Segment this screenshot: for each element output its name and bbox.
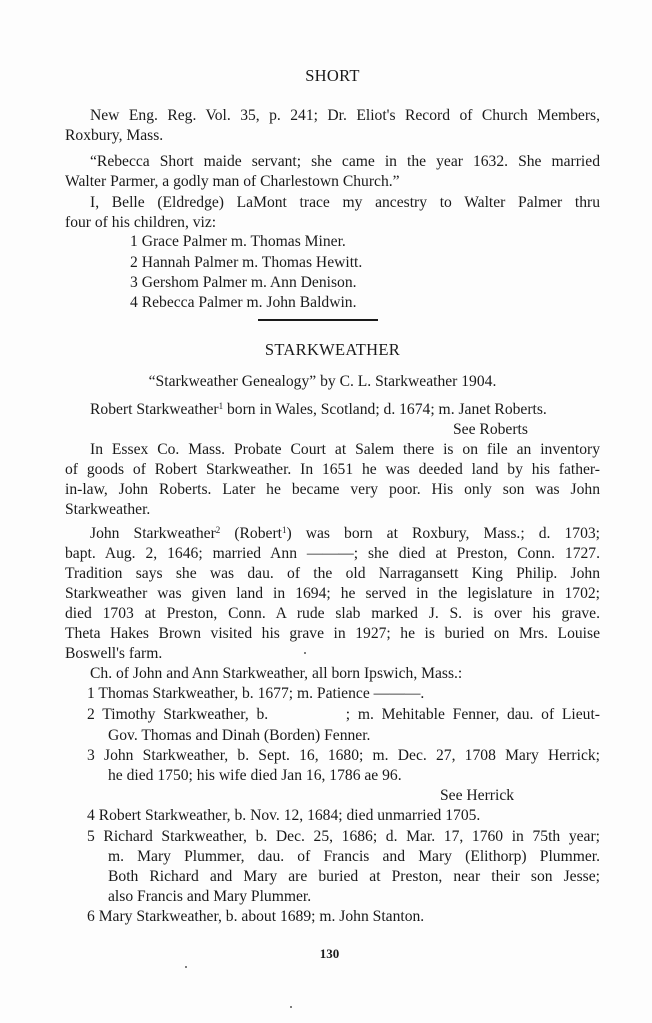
robert-name: Robert Starkweather bbox=[90, 401, 219, 418]
essex-line: In Essex Co. Mass. Probate Court at Sale… bbox=[65, 440, 600, 461]
john-line: Theta Hakes Brown visited his grave in 1… bbox=[65, 624, 600, 645]
short-para3-line1: I, Belle (Eldredge) LaMont trace my ance… bbox=[65, 193, 600, 214]
child-entry-cont: m. Mary Plummer, dau. of Francis and Mar… bbox=[108, 847, 600, 868]
see-herrick-reference: See Herrick bbox=[440, 786, 514, 807]
scan-speck bbox=[304, 652, 306, 654]
child-entry: 2 Timothy Starkweather, b. ; m. Mehitabl… bbox=[87, 705, 600, 726]
john-name: John Starkweather bbox=[90, 525, 216, 542]
source-citation: “Starkweather Genealogy” by C. L. Starkw… bbox=[55, 372, 590, 393]
short-child-item: 1 Grace Palmer m. Thomas Miner. bbox=[130, 232, 346, 253]
john-first-line: John Starkweather2 (Robert1) was born at… bbox=[65, 524, 600, 545]
child-entry: 4 Robert Starkweather, b. Nov. 12, 1684;… bbox=[87, 806, 480, 827]
child-entry-cont: Gov. Thomas and Dinah (Borden) Fenner. bbox=[108, 726, 370, 747]
short-child-item: 2 Hannah Palmer m. Thomas Hewitt. bbox=[130, 253, 362, 274]
john-parent: (Robert bbox=[220, 525, 282, 542]
short-para3-line2: four of his children, viz: bbox=[65, 213, 600, 234]
robert-line: Robert Starkweather1 born in Wales, Scot… bbox=[90, 400, 625, 421]
child-entry: 3 John Starkweather, b. Sept. 16, 1680; … bbox=[87, 746, 600, 767]
john-line: Starkweather was given land in 1694; he … bbox=[65, 584, 600, 605]
essex-line: of goods of Robert Starkweather. In 1651… bbox=[65, 460, 600, 481]
child-entry-cont: Both Richard and Mary are buried at Pres… bbox=[108, 867, 600, 888]
scan-speck bbox=[185, 966, 187, 968]
child-entry: 6 Mary Starkweather, b. about 1689; m. J… bbox=[87, 907, 424, 928]
page-number: 130 bbox=[62, 944, 597, 965]
essex-line: in-law, John Roberts. Later he became ve… bbox=[65, 480, 600, 501]
short-child-item: 4 Rebecca Palmer m. John Baldwin. bbox=[130, 293, 357, 314]
short-para1-line1: New Eng. Reg. Vol. 35, p. 241; Dr. Eliot… bbox=[65, 106, 600, 127]
john-line: Tradition says she was dau. of the old N… bbox=[65, 564, 600, 585]
john-line: died 1703 at Preston, Conn. A rude slab … bbox=[65, 604, 600, 625]
short-para1-line2: Roxbury, Mass. bbox=[65, 126, 600, 147]
section-divider bbox=[258, 319, 378, 321]
section-title-short: SHORT bbox=[65, 66, 600, 87]
john-details: ) was born at Roxbury, Mass.; d. 1703; bbox=[286, 525, 600, 542]
john-line: Boswell's farm. bbox=[65, 644, 600, 665]
section-title-starkweather: STARKWEATHER bbox=[65, 340, 600, 361]
child-entry: 1 Thomas Starkweather, b. 1677; m. Patie… bbox=[87, 684, 424, 705]
essex-line: Starkweather. bbox=[65, 500, 600, 521]
scan-speck bbox=[290, 1006, 292, 1008]
short-para2-line1: “Rebecca Short maide servant; she came i… bbox=[65, 152, 600, 173]
child-entry-cont: also Francis and Mary Plummer. bbox=[108, 887, 311, 908]
child-entry: 5 Richard Starkweather, b. Dec. 25, 1686… bbox=[87, 827, 600, 848]
short-para2-line2: Walter Parmer, a godly man of Charlestow… bbox=[65, 172, 600, 193]
john-line: bapt. Aug. 2, 1646; married Ann ———; she… bbox=[65, 544, 600, 565]
robert-details: born in Wales, Scotland; d. 1674; m. Jan… bbox=[223, 401, 547, 418]
short-child-item: 3 Gershom Palmer m. Ann Denison. bbox=[130, 273, 357, 294]
see-roberts-reference: See Roberts bbox=[453, 420, 528, 441]
child-entry-cont: he died 1750; his wife died Jan 16, 1786… bbox=[108, 766, 402, 787]
children-intro: Ch. of John and Ann Starkweather, all bo… bbox=[65, 664, 600, 685]
